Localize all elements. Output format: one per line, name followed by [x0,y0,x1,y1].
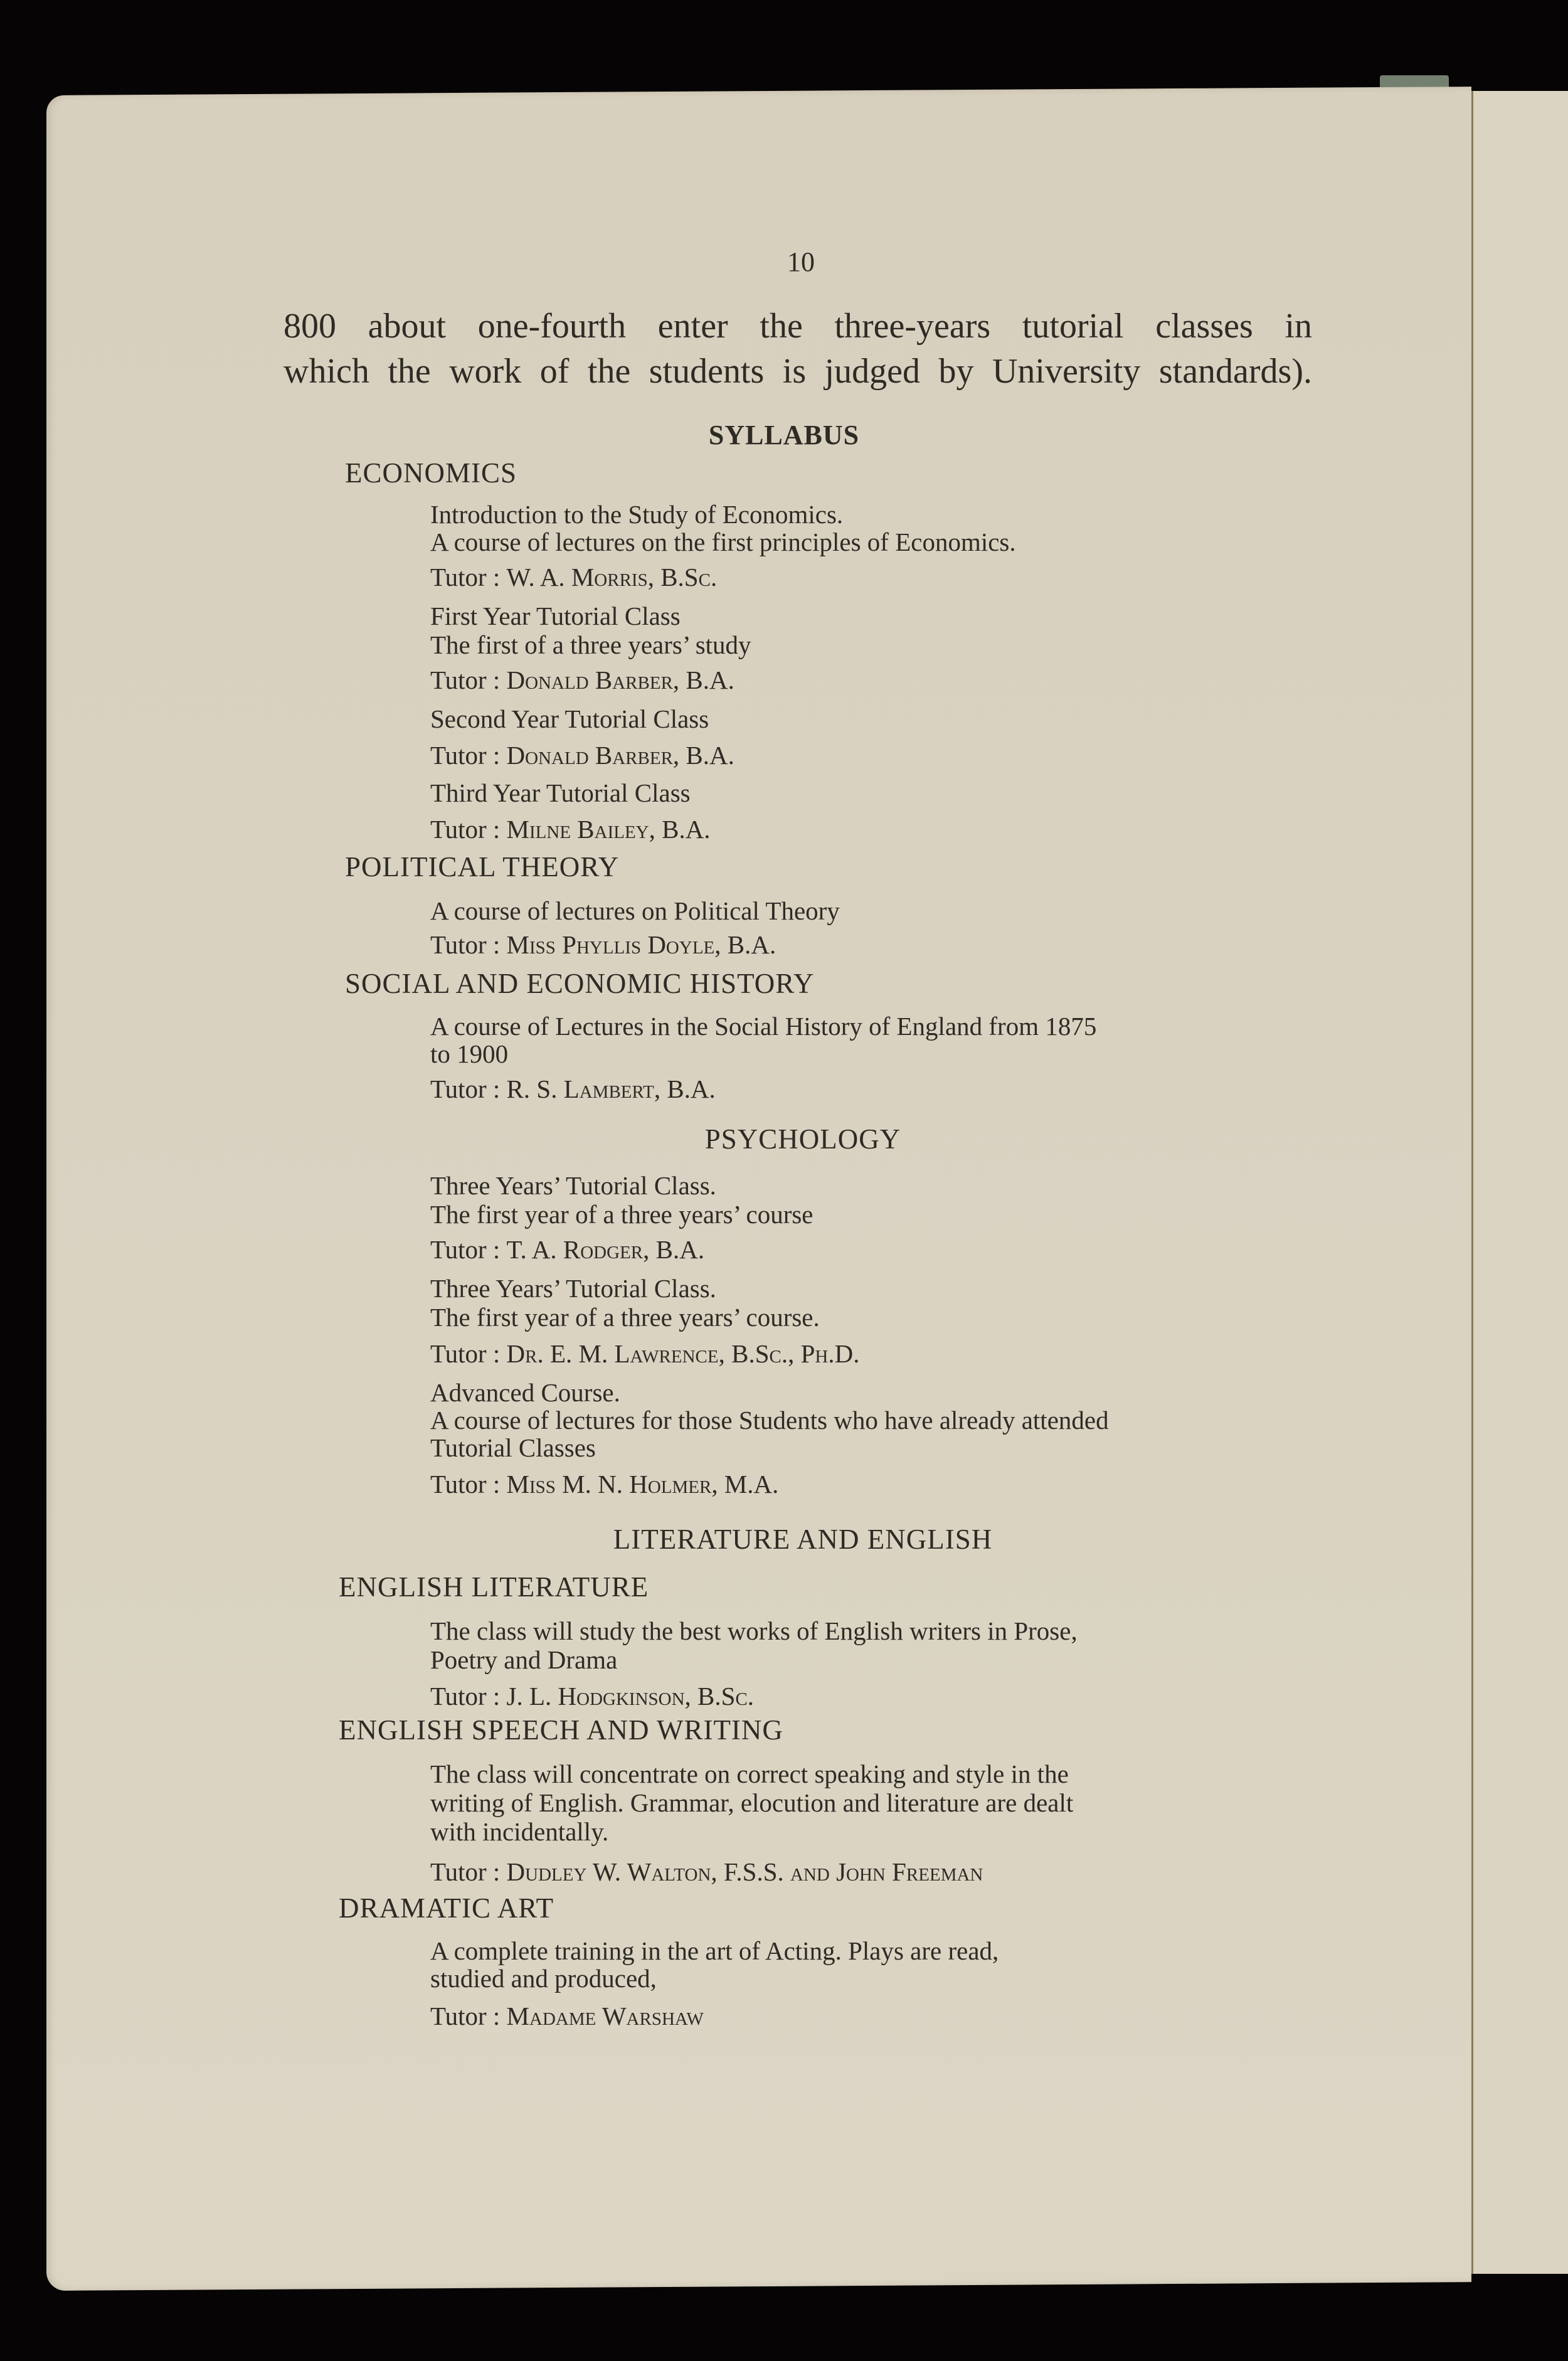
tutor-label: Tutor : [430,1857,500,1886]
tutor-label: Tutor : [430,1339,500,1368]
tutor-name: Madame Warshaw [507,2002,704,2030]
subsection-english-literature: ENGLISH LITERATURE [339,1571,649,1603]
tutor-label: Tutor : [430,1470,500,1499]
course-line: A course of lectures for those Students … [430,1405,1109,1435]
tutor-line: Tutor : Miss M. N. Holmer, M.A. [430,1469,778,1499]
course-line: Three Years’ Tutorial Class. [430,1273,716,1303]
tutor-line: Tutor : Donald Barber, B.A. [430,740,734,770]
intro-line-1: 800 about one-fourth enter the three-yea… [283,306,1312,346]
tutor-label: Tutor : [430,1235,500,1264]
section-psychology: PSYCHOLOGY [0,1123,1568,1155]
subsection-english-speech: ENGLISH SPEECH AND WRITING [339,1714,783,1746]
tutor-name: Dr. E. M. Lawrence, B.Sc., Ph.D. [507,1339,860,1368]
course-line: Three Years’ Tutorial Class. [430,1170,716,1201]
tutor-name: W. A. Morris, B.Sc. [507,563,718,592]
tutor-line: Tutor : R. S. Lambert, B.A. [430,1074,716,1104]
course-line: The first year of a three years’ course. [430,1302,820,1332]
section-literature: LITERATURE AND ENGLISH [0,1523,1568,1556]
tutor-label: Tutor : [430,1074,500,1103]
tutor-label: Tutor : [430,666,500,694]
section-social-history: SOCIAL AND ECONOMIC HISTORY [345,967,814,1000]
course-line: The class will concentrate on correct sp… [430,1759,1069,1789]
tutor-line: Tutor : Donald Barber, B.A. [430,665,734,695]
syllabus-heading: SYLLABUS [0,419,1568,451]
tutor-line: Tutor : Miss Phyllis Doyle, B.A. [430,930,776,960]
tutor-line: Tutor : W. A. Morris, B.Sc. [430,562,717,592]
tutor-label: Tutor : [430,741,500,770]
tutor-label: Tutor : [430,2002,500,2030]
tutor-name: Miss M. N. Holmer, M.A. [507,1470,779,1499]
tutor-name: T. A. Rodger, B.A. [507,1235,705,1264]
tutor-label: Tutor : [430,563,500,592]
course-line: The class will study the best works of E… [430,1616,1078,1646]
tutor-label: Tutor : [430,1682,500,1711]
course-line: Poetry and Drama [430,1645,617,1675]
course-line: The first of a three years’ study [430,630,751,660]
course-line: A course of lectures on the first princi… [430,527,1016,557]
tutor-name: Donald Barber, B.A. [507,741,734,770]
course-line: Tutorial Classes [430,1433,596,1463]
tutor-line: Tutor : Dudley W. Walton, F.S.S. and Joh… [430,1857,983,1887]
subsection-dramatic-art: DRAMATIC ART [339,1892,554,1924]
course-line: Third Year Tutorial Class [430,778,691,808]
course-line: writing of English. Grammar, elocution a… [430,1788,1073,1818]
course-line: with incidentally. [430,1817,608,1847]
course-line: A course of lectures on Political Theory [430,896,840,926]
course-line: A course of Lectures in the Social Histo… [430,1011,1096,1041]
course-line: Advanced Course. [430,1377,620,1408]
course-line: The first year of a three years’ course [430,1199,813,1229]
section-political-theory: POLITICAL THEORY [345,851,619,883]
page-number: 10 [787,246,815,278]
page-content: 10 800 about one-fourth enter the three-… [0,0,1568,2361]
course-line: Introduction to the Study of Economics. [430,499,843,529]
intro-line-2: which the work of the students is judged… [283,351,1312,391]
tutor-label: Tutor : [430,930,500,959]
course-line: Second Year Tutorial Class [430,704,709,734]
course-line: First Year Tutorial Class [430,601,681,631]
tutor-line: Tutor : T. A. Rodger, B.A. [430,1234,704,1265]
tutor-name: Milne Bailey, B.A. [507,815,711,844]
tutor-line: Tutor : J. L. Hodgkinson, B.Sc. [430,1681,754,1711]
course-line: A complete training in the art of Acting… [430,1936,999,1966]
tutor-line: Tutor : Madame Warshaw [430,2001,704,2031]
tutor-name: Donald Barber, B.A. [507,666,734,694]
tutor-line: Tutor : Milne Bailey, B.A. [430,814,711,844]
section-economics: ECONOMICS [345,457,517,489]
tutor-name: J. L. Hodgkinson, B.Sc. [507,1682,755,1711]
tutor-name: R. S. Lambert, B.A. [507,1074,716,1103]
tutor-name: Miss Phyllis Doyle, B.A. [507,930,776,959]
tutor-name: Dudley W. Walton, F.S.S. and John Freema… [507,1857,983,1886]
tutor-line: Tutor : Dr. E. M. Lawrence, B.Sc., Ph.D. [430,1339,859,1369]
course-line: studied and produced, [430,1963,657,1993]
tutor-label: Tutor : [430,815,500,844]
course-line: to 1900 [430,1039,508,1069]
